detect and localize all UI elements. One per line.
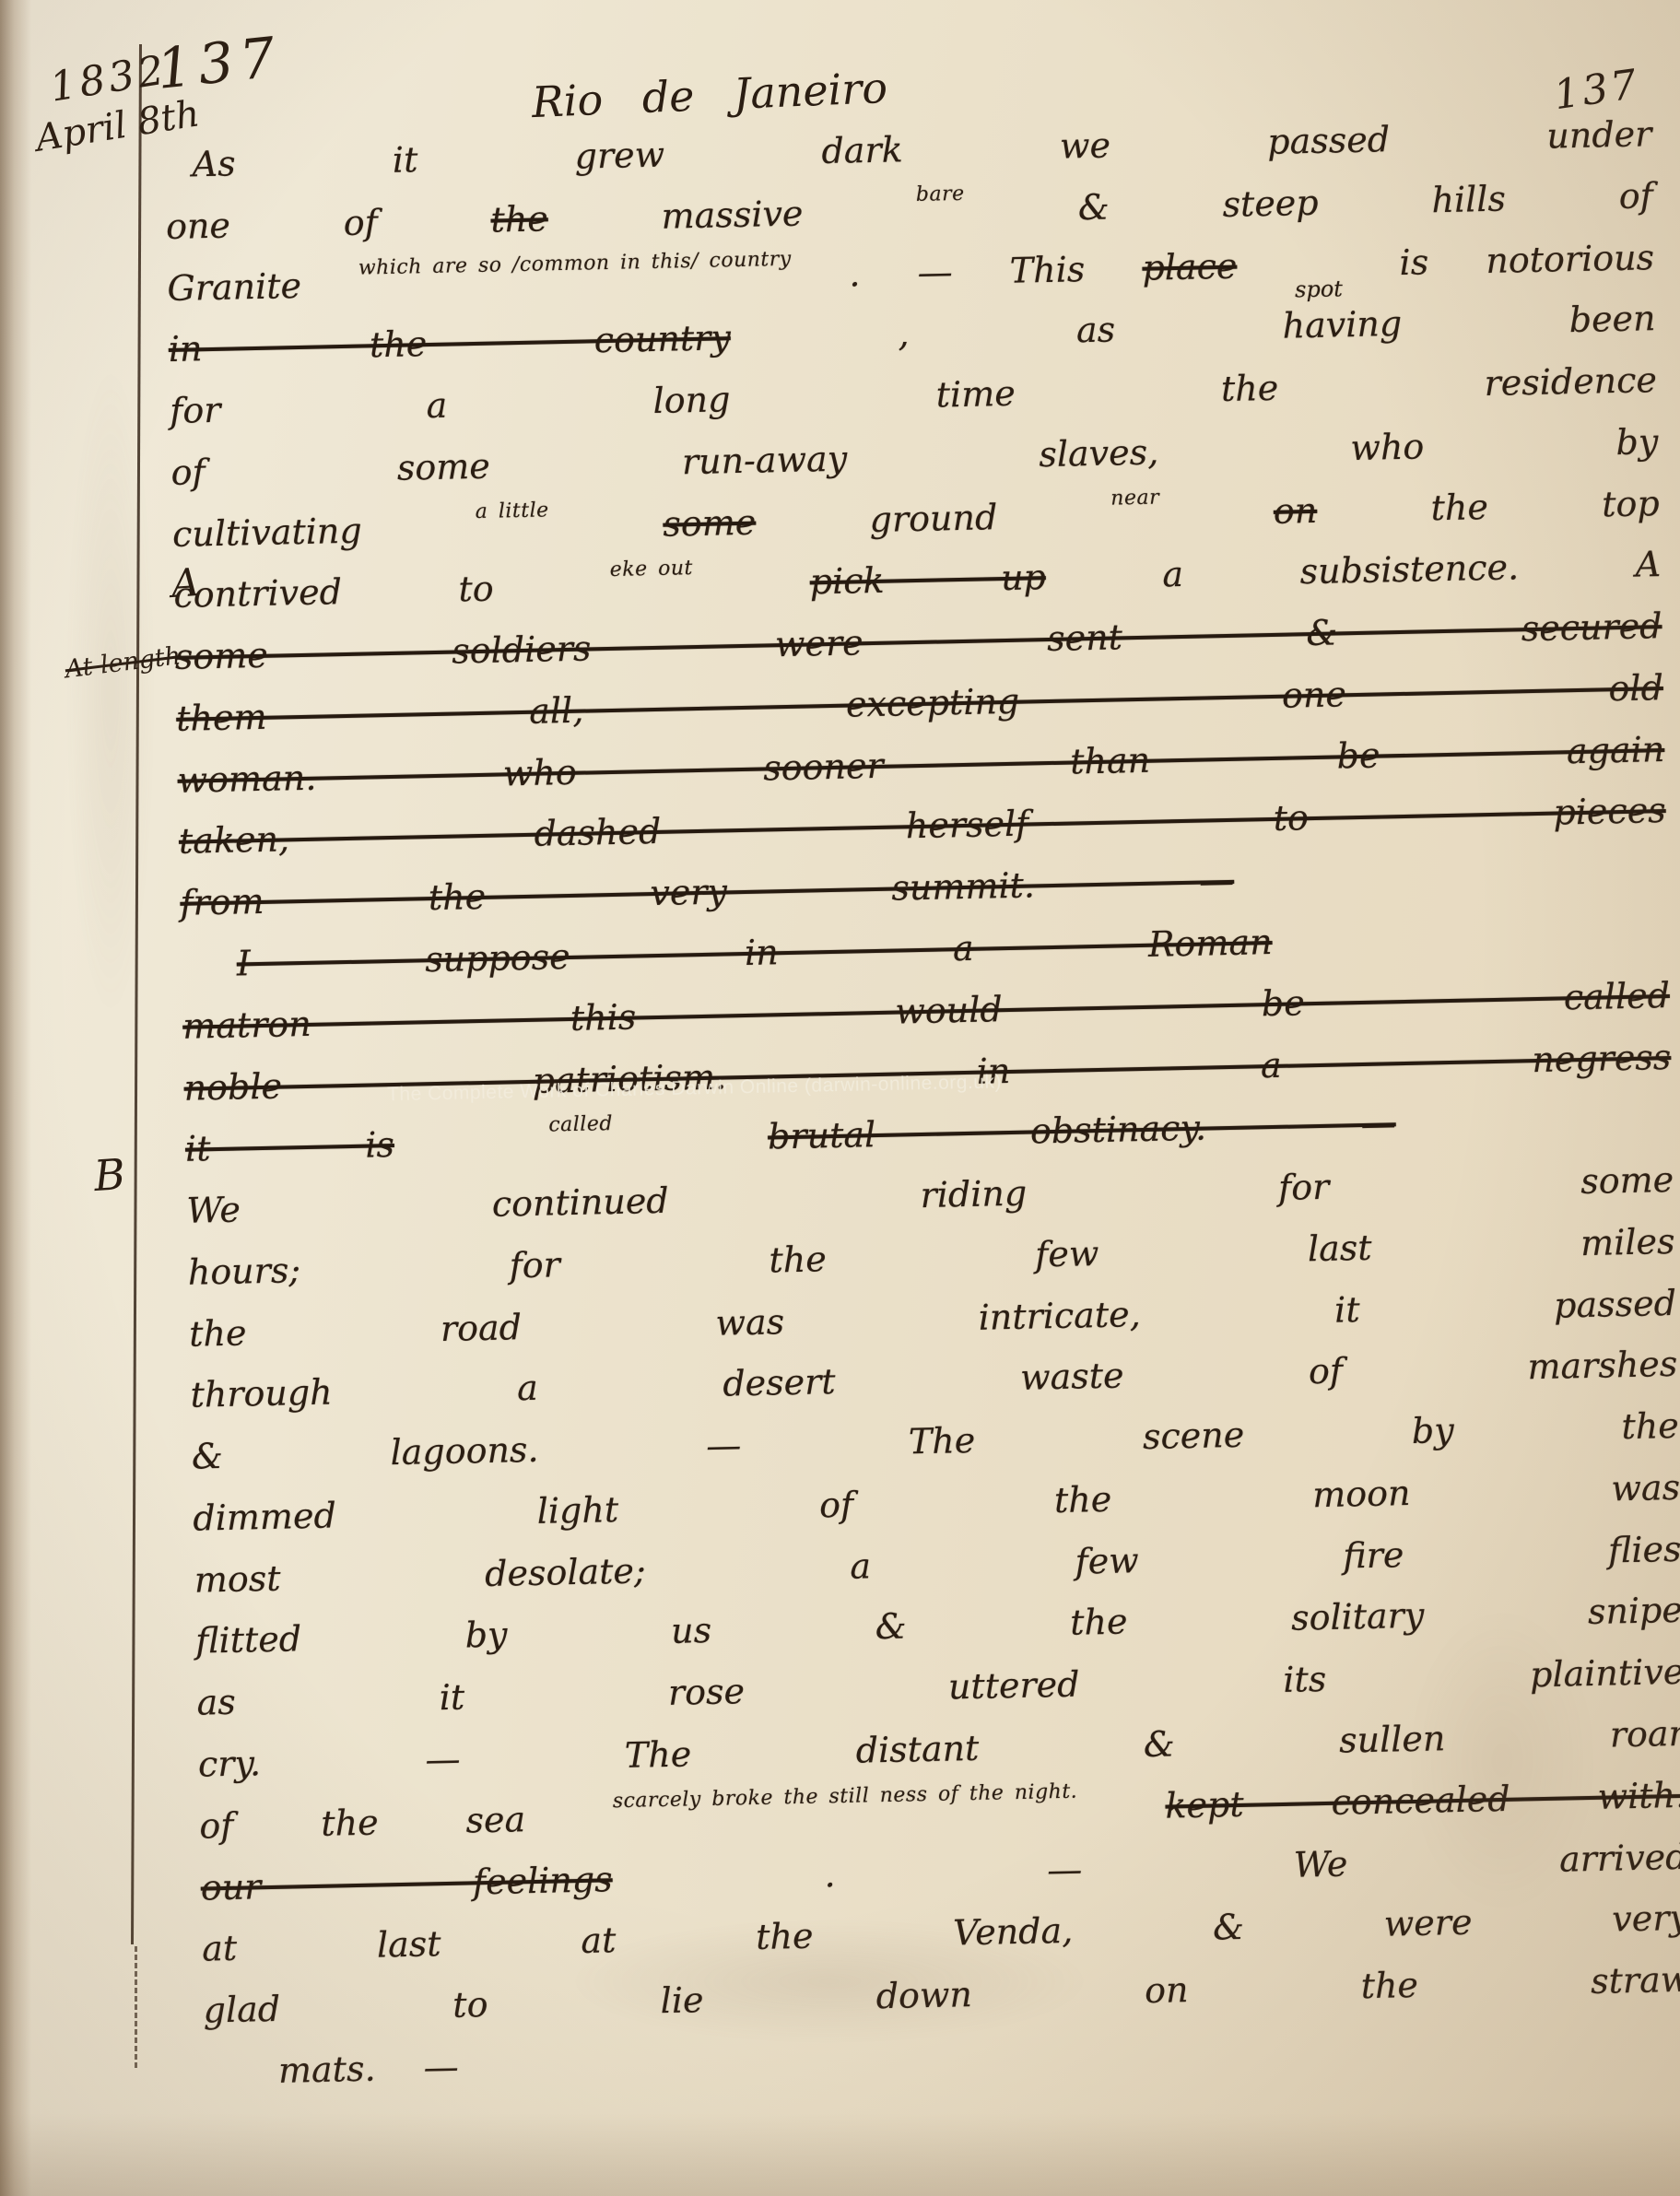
margin-mark-b: B — [92, 1149, 126, 1201]
deleted-text: our feelings — [200, 1859, 613, 1908]
inserted-text-above: which are so /common in this/ country — [358, 250, 792, 277]
page-number-left: 137 — [154, 25, 285, 102]
text-segment: cultivating — [172, 510, 363, 554]
deleted-text: place — [1142, 245, 1238, 288]
text-segment: a subsistence. — [1162, 547, 1520, 595]
deleted-text: the — [490, 198, 548, 240]
text-segment: , as having been — [898, 298, 1656, 354]
text-segment: of the sea — [199, 1799, 526, 1846]
inserted-text-above: bare — [916, 185, 965, 205]
text-segment: the top — [1430, 483, 1660, 528]
deleted-text: in the country — [168, 317, 731, 370]
text-segment: one of — [166, 202, 379, 247]
ink-bleed-through — [55, 276, 166, 1106]
deleted-text: on — [1273, 489, 1317, 531]
inserted-text-above: called — [548, 1115, 613, 1134]
text-segment: We arrived — [1293, 1836, 1680, 1885]
text-segment: . — This — [849, 249, 1086, 294]
manuscript-page: 1832 April 8th 137 137 Rio de Janeiro A … — [0, 0, 1680, 2196]
margin-rule — [131, 44, 142, 1944]
text-segment: Granite — [167, 264, 301, 308]
text-segment: ground — [869, 497, 998, 540]
text-segment: A — [1635, 544, 1661, 585]
inserted-text-above: eke out — [610, 559, 694, 580]
book-spine-shadow — [0, 0, 31, 2196]
text-segment: contrived to — [173, 569, 494, 616]
inserted-text-above: near — [1110, 488, 1159, 508]
inserted-text-above: a little — [476, 501, 549, 522]
text-segment: mats. — — [278, 2047, 460, 2091]
deleted-text: pick up — [809, 557, 1046, 602]
text-segment: is notorious — [1399, 237, 1654, 283]
deleted-text: it is — [185, 1124, 395, 1169]
text-segment: & steep hills of — [1077, 175, 1653, 228]
manuscript-text-block: As it grew dark we passed underone of th… — [164, 105, 1680, 2126]
deleted-text: I suppose in a Roman — [236, 922, 1273, 984]
deleted-text: brutal obstinacy. — — [768, 1104, 1397, 1157]
text-segment: massive — [661, 193, 804, 236]
deleted-text: some — [663, 501, 757, 544]
deleted-text: kept concealed with. — [1165, 1775, 1680, 1826]
text-segment: . — — [824, 1849, 1083, 1895]
inserted-text-above: scarcely broke the still ness of the nig… — [613, 1782, 1078, 1811]
margin-rule-dashed — [135, 1946, 137, 2068]
bottom-shadow — [0, 2113, 1680, 2196]
